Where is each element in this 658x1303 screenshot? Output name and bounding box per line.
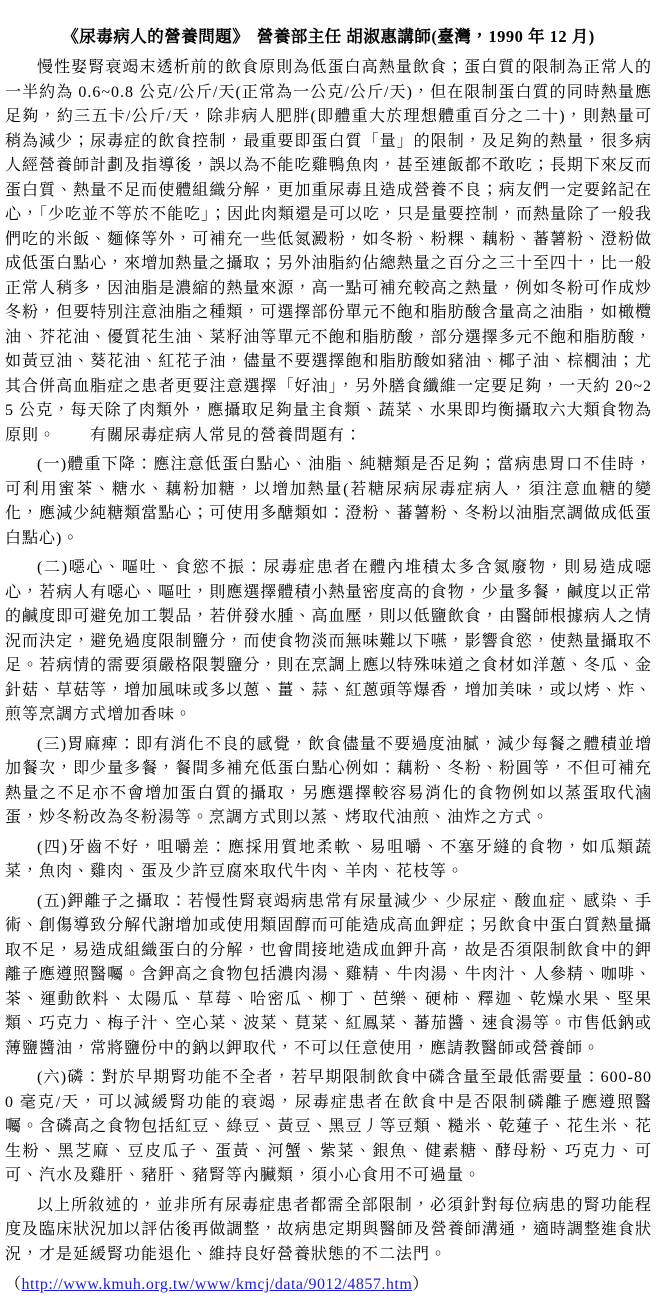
paragraph-item-4-teeth: (四)牙齒不好，咀嚼差：應採用質地柔軟、易咀嚼、不塞牙縫的食物，如瓜類蔬菜，魚肉… (5, 836, 652, 885)
paragraph-item-2-nausea: (二)噁心、嘔吐、食慾不振：尿毒症患者在體內堆積太多含氮廢物，則易造成噁心，若病… (5, 556, 652, 728)
source-open-paren: （ (5, 1276, 22, 1293)
paragraph-item-6-phosphorus: (六)磷：對於早期腎功能不全者，若早期限制飲食中磷含量至最低需要量：600-80… (5, 1066, 652, 1189)
source-link-line: （http://www.kmuh.org.tw/www/kmcj/data/90… (5, 1272, 652, 1297)
paragraph-intro: 慢性娶腎衰竭末透析前的飲食原則為低蛋白高熱量飲食；蛋白質的限制為正常人的一半約為… (5, 56, 652, 448)
document-page: 《尿毒病人的營養問題》營養部主任 胡淑惠講師(臺灣，1990 年 12 月) 慢… (0, 0, 658, 1303)
document-byline: 營養部主任 胡淑惠講師(臺灣，1990 年 12 月) (257, 27, 595, 46)
document-title: 《尿毒病人的營養問題》營養部主任 胡淑惠講師(臺灣，1990 年 12 月) (5, 24, 652, 49)
paragraph-item-3-gastroparesis: (三)胃麻痺：即有消化不良的感覺，飲食儘量不要過度油膩，減少每餐之體積並增加餐次… (5, 733, 652, 831)
paragraph-conclusion: 以上所敘述的，並非所有尿毒症患者都需全部限制，必須針對每位病患的腎功能程度及臨床… (5, 1194, 652, 1268)
source-close-paren: ） (412, 1276, 429, 1293)
source-link[interactable]: http://www.kmuh.org.tw/www/kmcj/data/901… (22, 1276, 413, 1293)
paragraph-item-5-potassium: (五)鉀離子之攝取：若慢性腎衰竭病患常有尿量減少、少尿症、酸血症、感染、手術、創… (5, 890, 652, 1062)
document-title-text: 《尿毒病人的營養問題》 (62, 27, 249, 46)
paragraph-item-1-weight-loss: (一)體重下降：應注意低蛋白點心、油脂、純糖類是否足夠；當病患胃口不佳時，可利用… (5, 453, 652, 551)
